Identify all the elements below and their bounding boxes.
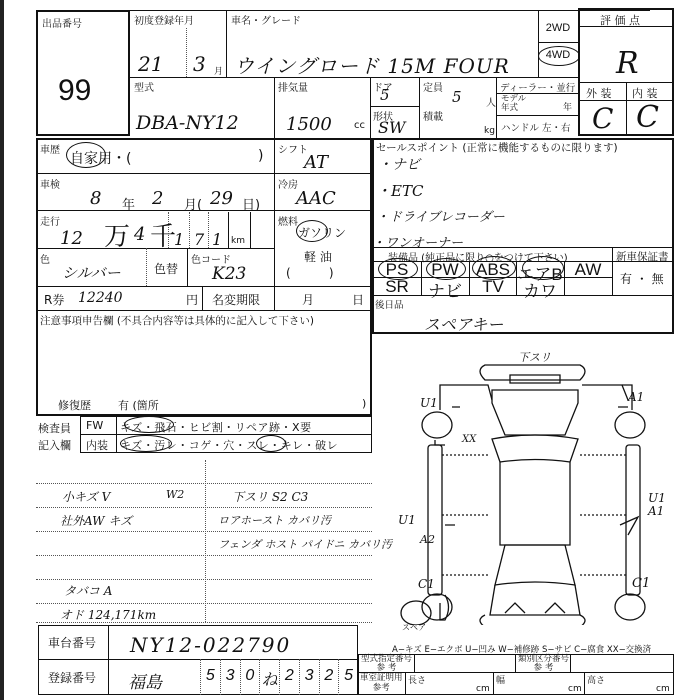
reg-digit-cells: 5 3 0 ね 2 3 2 5 [200,659,358,695]
ac-label: 冷房 [278,176,298,191]
reg-label: 登録番号 [48,669,96,686]
mileage-man: 12 [60,228,83,249]
first-registration-label: 初度登録年月 [134,12,194,27]
warranty-value: 有 ・ 無 [620,270,664,287]
mileage-digit-3: 1 [212,230,222,249]
lot-number-label: 出品番号 [42,15,82,30]
reg-digit: 0 [240,659,260,695]
interior-label: 内 装 [632,85,658,101]
equip-sr: SR [374,277,420,297]
mark-front-right: A1 [628,390,644,404]
name-change-label: 名変期限 [212,291,260,308]
inspector-label-2: 記入欄 [38,437,71,453]
shift-value: AT [304,152,328,173]
mark-rear-right-c1: C1 [632,576,650,591]
color-code-value: K23 [212,264,246,284]
repair-close: ) [362,397,366,410]
sales-point-3: ・ドライブレコーダー [376,206,505,225]
height-unit: cm [656,684,670,694]
reg-digit: 5 [200,659,220,695]
mark-rear-left-c1: C1 [418,577,435,591]
reg-digit: 2 [319,659,339,695]
note-left-3: 社外AW キズ [60,512,132,529]
capacity-label: 定員 [423,79,443,94]
recycle-value: 12240 [78,290,123,306]
fw-scratch-circle [124,416,174,433]
equip-navi: ナビ [422,277,468,302]
scan-edge [0,0,4,700]
lot-number-value: 99 [58,74,91,108]
mark-front-left: U1 [420,396,438,410]
fuel-diesel: 軽 油 [304,248,332,265]
recycle-unit: 円 [186,291,198,308]
doors-value: 5 [380,86,390,104]
mark-rear-left-a2: A2 [420,533,435,546]
inspection-month: 2 [152,188,163,209]
car-name-value: ウイングロード 15M FOUR [234,50,510,79]
width-unit: cm [568,684,582,694]
mileage-digit-1: 1 [174,230,184,249]
history-close: ) [258,148,263,164]
reg-digit: 5 [338,659,358,695]
repair-value: 有 (箇所 [118,397,159,413]
color-value: シルバー [62,262,121,283]
month-unit: 月 [214,64,223,77]
fuel-label: 燃料 [278,213,298,228]
load-label: 積載 [423,108,443,123]
fuel-gas: ガソリン [298,224,346,241]
load-unit: kg [484,126,495,136]
note-right-2: ロアホースト カバリ汚 [218,512,331,528]
width-label: 幅 [496,673,505,686]
mileage-digit-2: 7 [194,230,204,249]
equip-aw: AW [565,260,611,280]
inspection-year: 8 [90,188,101,209]
name-change-month: 月 [302,291,314,308]
displacement-label: 排気量 [278,79,308,94]
equip-tv: TV [470,277,516,297]
note-right-3: フェンダ ホスト パイドニ カバリ汚 [218,536,392,552]
note-left-4: タバコ A [64,582,112,599]
later-items-label: 後日品 [375,297,404,311]
reg-place: 福島 [128,668,162,693]
later-items-value: スペアキー [424,312,503,335]
model-code-value: DBA-NY12 [136,112,239,134]
score-box: 評 価 点 R 外 装 内 装 C C [578,8,674,136]
note-left-5: オド 124,171km [60,606,156,623]
sales-point-2: ・ETC [376,180,423,201]
cert-label: 車室証明用参考 [360,673,403,693]
dealer-label: ディーラー・並行 [500,80,575,94]
car-name-label: 車名・グレード [231,12,301,27]
length-unit: cm [476,684,490,694]
inspector-label-1: 検査員 [38,420,71,436]
note-right-1: 下スリ S2 C3 [232,488,308,505]
inspection-label: 車検 [40,176,60,191]
spare-label: スペア [402,622,426,633]
equip-airbag-circle [522,256,564,280]
reg-digit: ね [259,659,279,695]
body-value: SW [378,118,405,137]
mark-left-door: U1 [398,513,416,527]
exterior-grade: C [592,102,613,135]
equip-ps-circle [378,258,418,280]
name-change-day: 日 [352,291,364,308]
length-label: 長さ [408,673,426,686]
capacity-value: 5 [452,88,462,106]
history-label: 車歴 [40,141,60,156]
equip-leather: カワ [517,277,563,302]
note-left-2: W2 [166,488,184,501]
lot-number-box: 出品番号 99 [36,10,130,136]
sales-points-label: セールスポイント (正常に機能するものに限ります) [376,140,618,155]
displacement-value: 1500 [286,114,332,135]
ac-value: AAC [296,188,336,209]
capacity-unit: 人 [486,94,496,109]
history-value: 自家用・( [70,148,131,168]
fw-label: FW [86,419,103,432]
handle-label: ハンドル 左・右 [501,120,571,134]
note-left-1: 小キズ V [62,488,110,505]
notes-label: 注意事項申告欄 (不具合内容等は具体的に記入して下さい) [40,313,314,328]
fuel-other: ( ) [286,266,334,280]
drive-2wd: 2WD [540,22,576,34]
mark-right-door: U1A1 [648,492,666,518]
mileage-sen: 4 [134,224,145,245]
mileage-label: 走行 [40,213,60,228]
interior-scratch-circle [120,435,172,452]
interior-grade: C [636,100,659,135]
repair-label: 修復歴 [58,397,91,413]
inspection-day: 29 [210,188,233,209]
category-label: 類別区分番号参 考 [518,655,569,672]
diagram-top-note: 下スリ [518,349,551,365]
color-change-label: 色替 [154,260,178,277]
mileage-unit: km [231,236,245,246]
recycle-label: R券 [44,291,64,308]
model-code-label: 型式 [134,79,154,94]
drive-4wd: 4WD [540,49,576,61]
chassis-value: NY12-022790 [130,633,291,657]
color-label: 色 [40,251,50,266]
reg-digit: 3 [220,659,240,695]
model-year-label: モデル年式 [501,95,526,113]
equip-pw-circle [426,258,466,280]
reg-digit: 2 [279,659,299,695]
sales-point-1: ・ナビ [378,154,420,174]
type-designation-label: 型式指定番号参 考 [361,655,412,672]
first-registration-month: 3 [193,52,206,76]
interior-row-label: 内装 [86,437,108,453]
mark-left-xx: XX [462,434,476,445]
reg-digit: 3 [299,659,319,695]
model-year-unit: 年 [563,100,572,113]
height-label: 高さ [587,673,605,686]
score-value: R [616,46,639,81]
equip-abs-circle [472,256,516,280]
first-registration-year: 21 [138,52,163,76]
interior-rub-circle [256,435,286,452]
chassis-label: 車台番号 [48,634,96,651]
displacement-unit: cc [354,120,365,131]
exterior-label: 外 装 [586,85,612,101]
